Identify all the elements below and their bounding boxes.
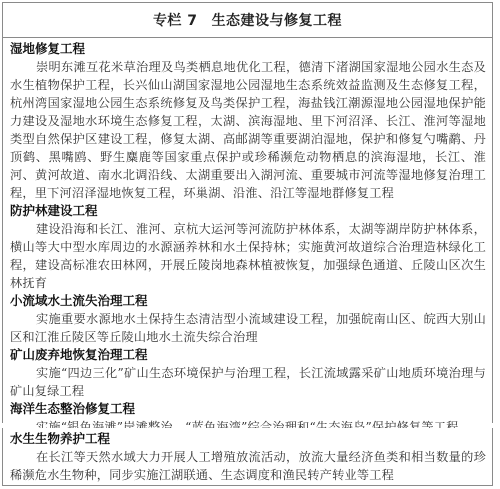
section-heading: 矿山废弃地恢复治理工程: [10, 346, 486, 364]
section-body: 实施重要水源地水土保持生态清洁型小流域建设工程，加强皖南山区、皖西大别山区和江淮…: [10, 310, 486, 346]
section-heading: 海洋生态整治修复工程: [10, 400, 486, 418]
box-title-text: 生态建设与修复工程: [212, 10, 343, 30]
column-box: 专栏 7 生态建设与修复工程 湿地修复工程 崇明东滩互花米草治理及鸟类栖息地优化…: [2, 2, 493, 423]
section-body: 在长江等天然水域大力开展人工增殖放流活动，放流大量经济鱼类和相当数量的珍稀濒危水…: [10, 448, 486, 484]
section-wetland: 湿地修复工程 崇明东滩互花米草治理及鸟类栖息地优化工程，德清下渚湖国家湿地公园水…: [10, 40, 486, 202]
section-heading: 小流域水土流失治理工程: [10, 292, 486, 310]
box-content-continued: 水生生物养护工程 在长江等天然水域大力开展人工增殖放流活动，放流大量经济鱼类和相…: [3, 428, 492, 484]
section-mine-restoration: 矿山废弃地恢复治理工程 实施“四边三化”矿山生态环境保护与治理工程，长江流域露采…: [10, 346, 486, 400]
section-heading: 湿地修复工程: [10, 40, 486, 58]
box-content: 湿地修复工程 崇明东滩互花米草治理及鸟类栖息地优化工程，德清下渚湖国家湿地公园水…: [3, 38, 492, 436]
section-body: 崇明东滩互花米草治理及鸟类栖息地优化工程，德清下渚湖国家湿地公园水生态及水生植物…: [10, 58, 486, 202]
section-aquatic: 水生生物养护工程 在长江等天然水域大力开展人工增殖放流活动，放流大量经济鱼类和相…: [10, 430, 486, 484]
section-shelterbelt: 防护林建设工程 建设沿海和长江、淮河、京杭大运河等河流防护林体系，太湖等湖岸防护…: [10, 202, 486, 292]
box-title: 专栏 7 生态建设与修复工程: [3, 3, 492, 38]
section-soil-erosion: 小流域水土流失治理工程 实施重要水源地水土保持生态清洁型小流域建设工程，加强皖南…: [10, 292, 486, 346]
section-heading: 防护林建设工程: [10, 202, 486, 220]
section-body: 建设沿海和长江、淮河、京杭大运河等河流防护林体系，太湖等湖岸防护林体系，横山等大…: [10, 220, 486, 292]
section-heading: 水生生物养护工程: [10, 430, 486, 448]
section-body: 实施“四边三化”矿山生态环境保护与治理工程，长江流域露采矿山地质环境治理与矿山复…: [10, 364, 486, 400]
column-box-continued: 水生生物养护工程 在长江等天然水域大力开展人工增殖放流活动，放流大量经济鱼类和相…: [2, 428, 493, 486]
box-number: 专栏 7: [153, 10, 198, 30]
